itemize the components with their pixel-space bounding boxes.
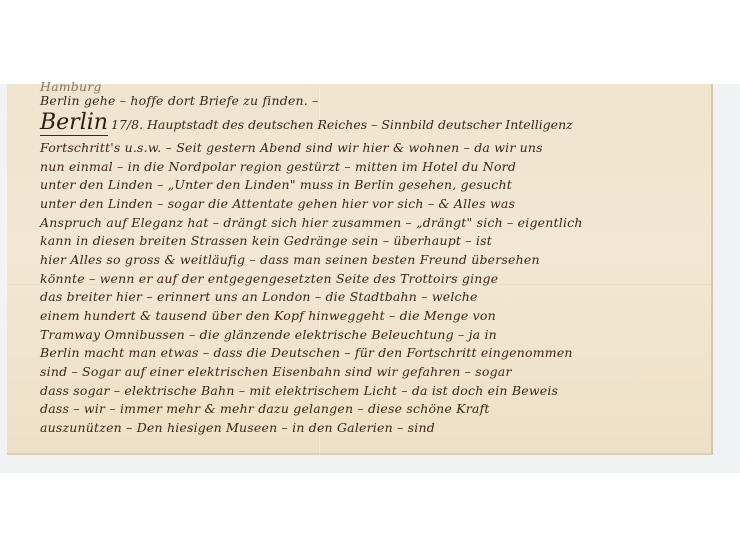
text-line: einem hundert & tausend über den Kopf hi…: [40, 308, 693, 323]
text-line: auszunützen – Den hiesigen Museen – in d…: [40, 420, 693, 435]
text-line: Fortschritt's u.s.w. – Seit gestern Aben…: [40, 140, 693, 155]
letter-page: Hamburg Berlin gehe – hoffe dort Briefe …: [7, 84, 713, 455]
heading-line: 17/8. Hauptstadt des deutschen Reiches –…: [111, 117, 693, 132]
text-line: Anspruch auf Eleganz hat – drängt sich h…: [40, 215, 693, 230]
text-line: kann in diesen breiten Strassen kein Ged…: [40, 233, 693, 248]
text-line: das breiter hier – erinnert uns an Londo…: [40, 289, 693, 304]
text-line: nun einmal – in die Nordpolar region ges…: [40, 159, 693, 174]
line-before-heading: Berlin gehe – hoffe dort Briefe zu finde…: [40, 93, 693, 108]
text-line: hier Alles so gross & weitläufig – dass …: [40, 252, 693, 267]
text-line: unter den Linden – sogar die Attentate g…: [40, 196, 693, 211]
text-line: könnte – wenn er auf der entgegengesetzt…: [40, 271, 693, 286]
partial-top-line: Hamburg: [40, 79, 693, 94]
heading-place: Berlin: [40, 112, 108, 136]
text-line: unter den Linden – „Unter den Linden" mu…: [40, 177, 693, 192]
text-line: Berlin macht man etwas – dass die Deutsc…: [40, 345, 693, 360]
text-line: Tramway Omnibussen – die glänzende elekt…: [40, 327, 693, 342]
text-line: dass – wir – immer mehr & mehr dazu gela…: [40, 401, 693, 416]
heading-text: Hauptstadt des deutschen Reiches – Sinnb…: [147, 117, 573, 132]
text-line: sind – Sogar auf einer elektrischen Eise…: [40, 364, 693, 379]
text-line: dass sogar – elektrische Bahn – mit elek…: [40, 383, 693, 398]
heading-date: 17/8.: [111, 117, 143, 132]
